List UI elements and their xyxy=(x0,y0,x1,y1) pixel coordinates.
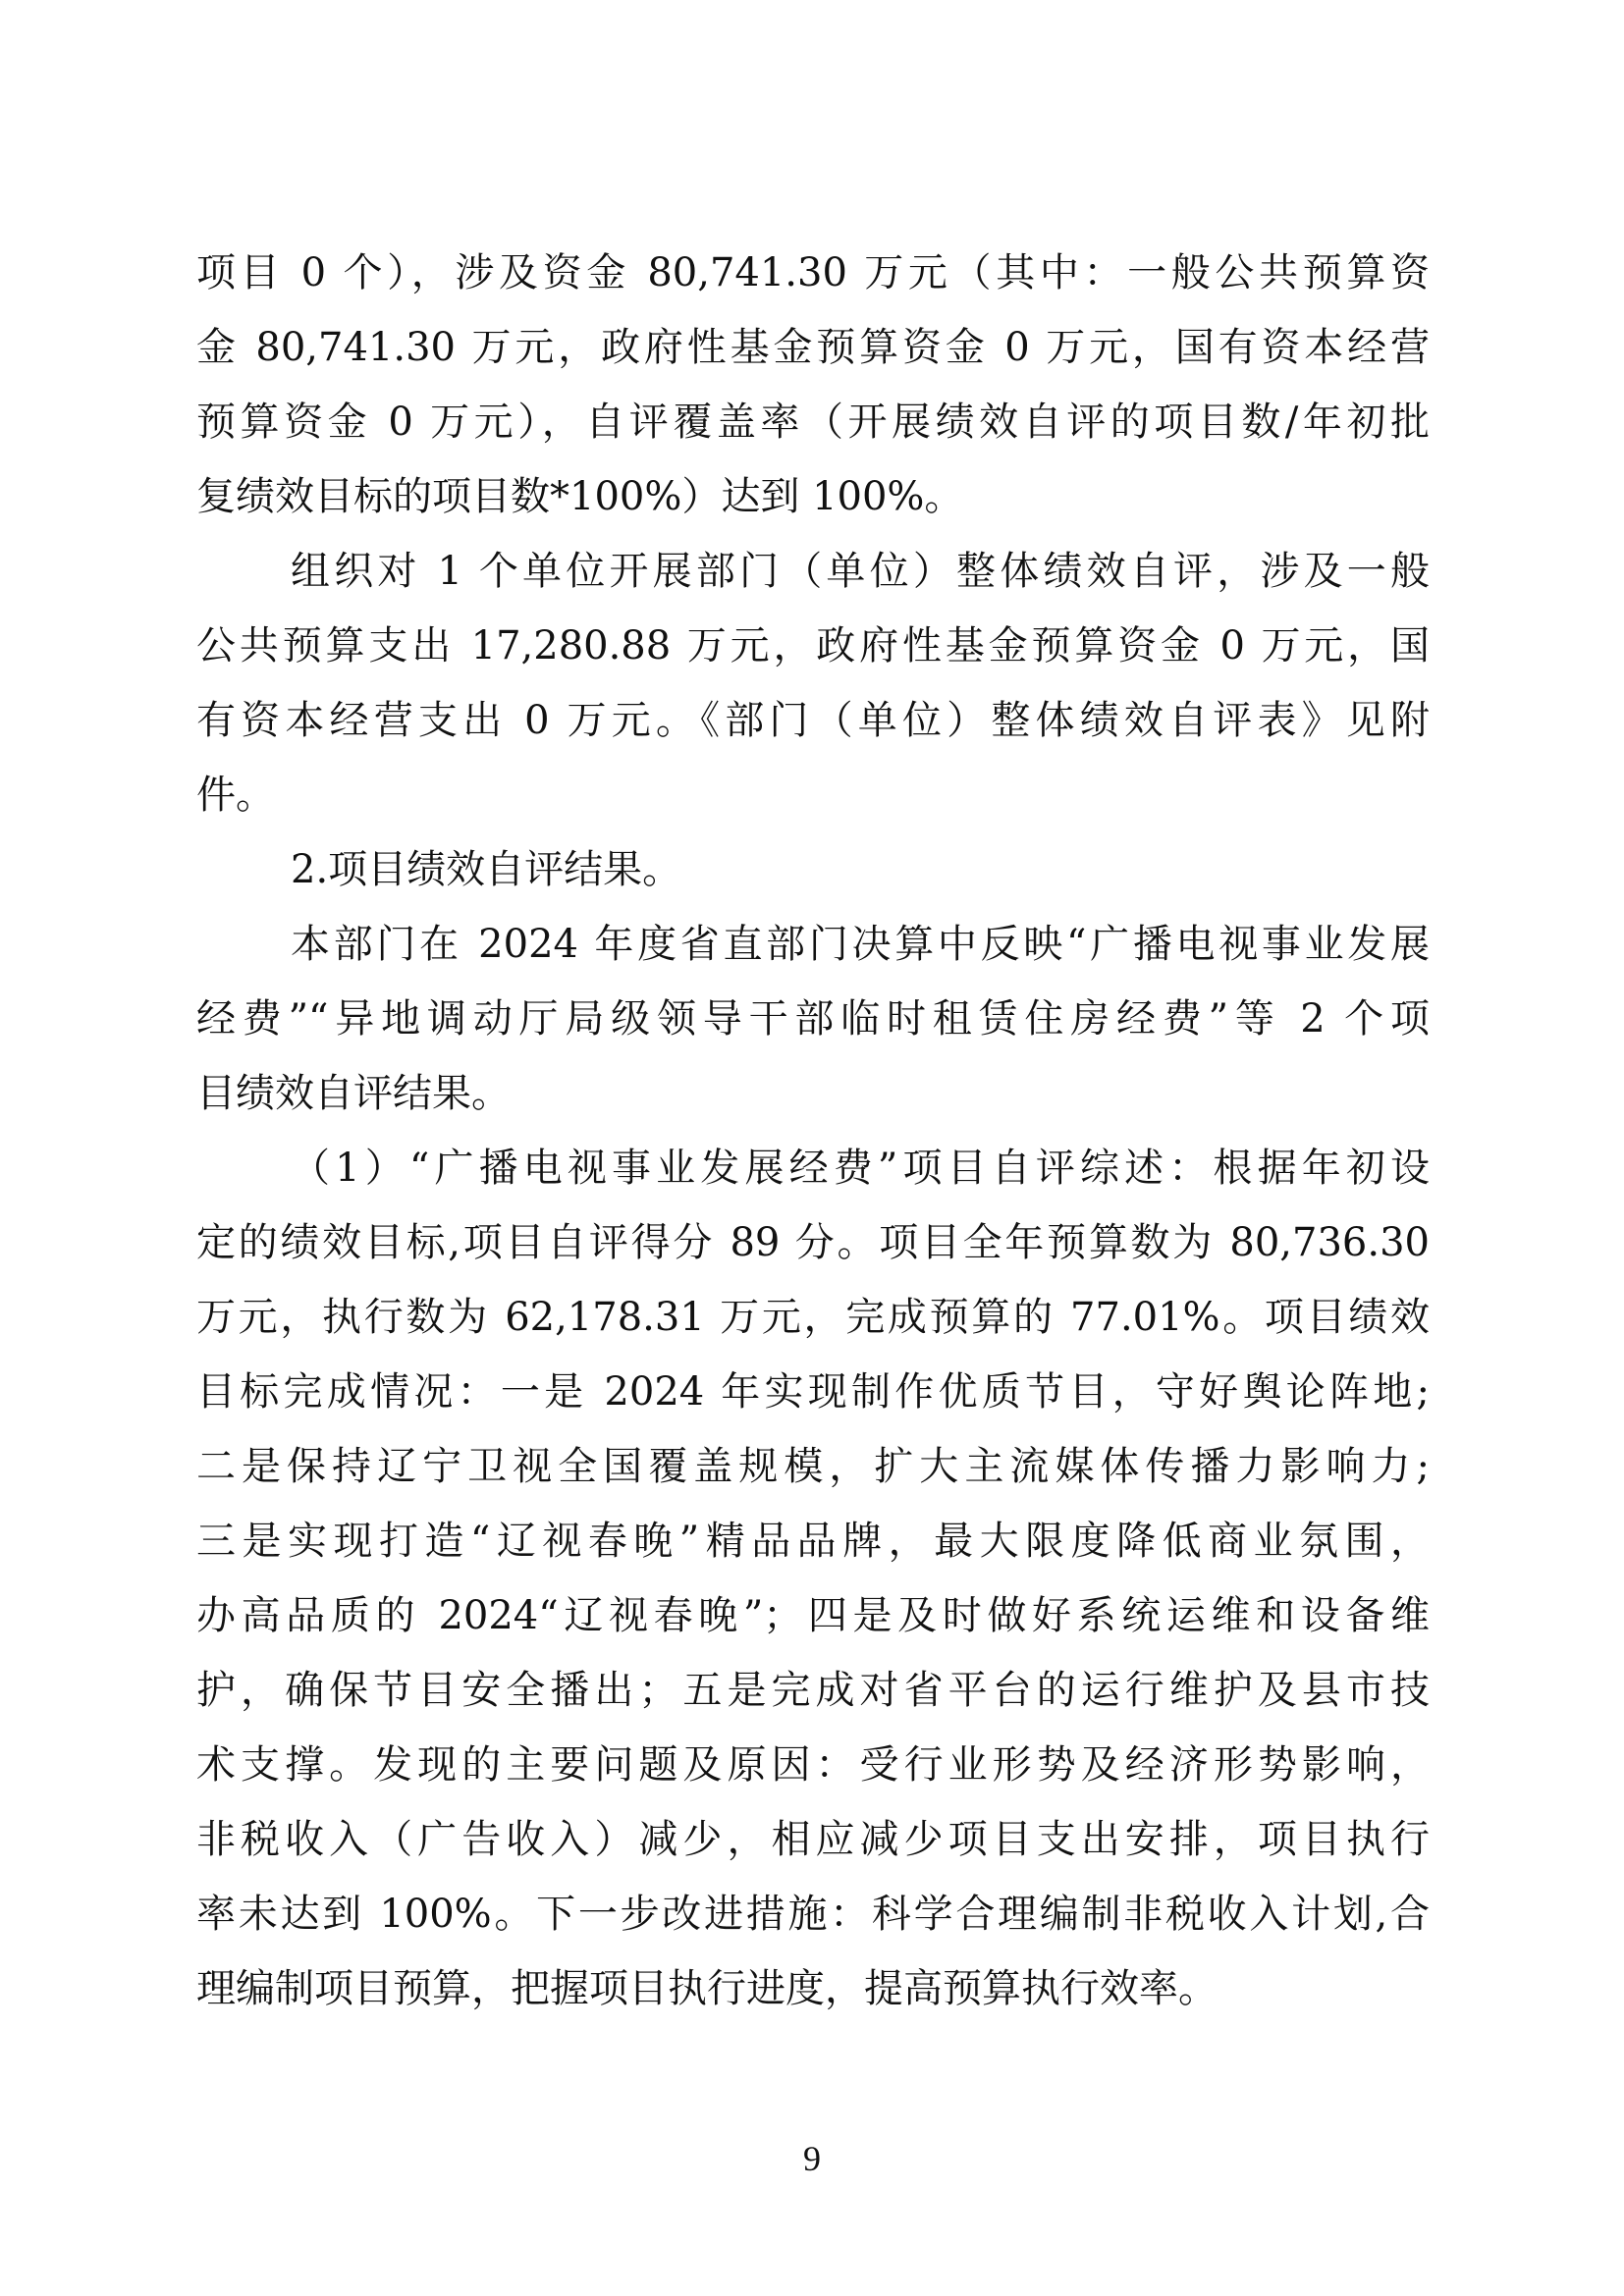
paragraph-line: 目绩效自评结果。 xyxy=(196,1056,1430,1131)
paragraph-line: 经费”“异地调动厅局级领导干部临时租赁住房经费”等 2 个项 xyxy=(196,982,1430,1056)
paragraph-line: 金 80,741.30 万元，政府性基金预算资金 0 万元，国有资本经营 xyxy=(196,310,1430,385)
section-heading: 2.项目绩效自评结果。 xyxy=(291,832,1430,907)
paragraph-line: 二是保持辽宁卫视全国覆盖规模，扩大主流媒体传播力影响力; xyxy=(196,1429,1430,1504)
paragraph-line: 本部门在 2024 年度省直部门决算中反映“广播电视事业发展 xyxy=(291,907,1430,982)
page-number: 9 xyxy=(0,2138,1624,2179)
paragraph-line: 件。 xyxy=(196,758,1430,832)
paragraph-line: 术支撑。发现的主要问题及原因：受行业形势及经济形势影响， xyxy=(196,1728,1430,1802)
paragraph-line: 三是实现打造“辽视春晚”精品品牌，最大限度降低商业氛围， xyxy=(196,1504,1430,1578)
paragraph-line: 项目 0 个），涉及资金 80,741.30 万元（其中：一般公共预算资 xyxy=(196,236,1430,310)
paragraph-line: 非税收入（广告收入）减少，相应减少项目支出安排，项目执行 xyxy=(196,1802,1430,1877)
paragraph-line: 万元，执行数为 62,178.31 万元，完成预算的 77.01%。项目绩效 xyxy=(196,1280,1430,1355)
paragraph-line: 理编制项目预算，把握项目执行进度，提高预算执行效率。 xyxy=(196,1951,1430,2026)
paragraph-line: （1）“广播电视事业发展经费”项目自评综述：根据年初设 xyxy=(291,1131,1430,1205)
paragraph-line: 有资本经营支出 0 万元。《部门（单位）整体绩效自评表》见附 xyxy=(196,683,1430,758)
paragraph-line: 目标完成情况：一是 2024 年实现制作优质节目，守好舆论阵地; xyxy=(196,1355,1430,1429)
paragraph-line: 组织对 1 个单位开展部门（单位）整体绩效自评，涉及一般 xyxy=(291,534,1430,609)
paragraph-line: 复绩效目标的项目数*100%）达到 100%。 xyxy=(196,459,1430,534)
paragraph-line: 预算资金 0 万元），自评覆盖率（开展绩效自评的项目数/年初批 xyxy=(196,385,1430,459)
paragraph-line: 定的绩效目标,项目自评得分 89 分。项目全年预算数为 80,736.30 xyxy=(196,1205,1430,1280)
paragraph-line: 公共预算支出 17,280.88 万元，政府性基金预算资金 0 万元，国 xyxy=(196,609,1430,683)
paragraph-line: 率未达到 100%。下一步改进措施：科学合理编制非税收入计划,合 xyxy=(196,1877,1430,1951)
paragraph-line: 护，确保节目安全播出；五是完成对省平台的运行维护及县市技 xyxy=(196,1653,1430,1728)
paragraph-line: 办高品质的 2024“辽视春晚”；四是及时做好系统运维和设备维 xyxy=(196,1578,1430,1653)
